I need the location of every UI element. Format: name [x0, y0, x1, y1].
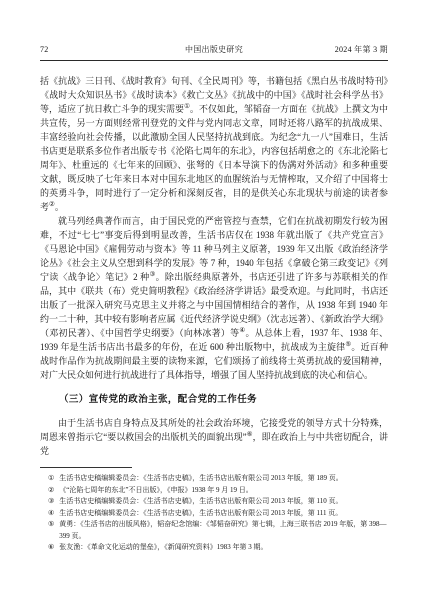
footnote-marker: ⑥ [48, 542, 54, 554]
footnote-list: ①生活书店史稿编辑委员会：《生活书店史稿》，生活书店出版有限公司 2013 年版… [40, 473, 388, 554]
footnote-item: ⑥张友渔：《革命文化运动的堡垒》，《新闻研究资料》1983 年第 3 期。 [40, 542, 388, 554]
journal-page: 72 中国出版史研究 2024 年第 3 期 括《抗战》三日刊、《战时教育》旬刊… [0, 0, 427, 601]
footnotes-section: ①生活书店史稿编辑委员会：《生活书店史稿》，生活书店出版有限公司 2013 年版… [40, 467, 388, 554]
footnote-marker: ② [48, 485, 54, 497]
section-heading: （三）宣传党的政治主张，配合党的工作任务 [40, 393, 388, 407]
footnote-item: ①生活书店史稿编辑委员会：《生活书店史稿》，生活书店出版有限公司 2013 年版… [40, 473, 388, 485]
footnote-text: 张友渔：《革命文化运动的堡垒》，《新闻研究资料》1983 年第 3 期。 [59, 542, 388, 554]
footnote-text: 生活书店史稿编辑委员会：《生活书店史稿》，生活书店出版有限公司 2013 年版，… [59, 508, 388, 520]
paragraph-text: 。不仅如此，邹韬奋一方面在《抗战》上撰文为中共宣传，另一方面则经常刊登党的文件与… [40, 104, 388, 212]
page-header: 72 中国出版史研究 2024 年第 3 期 [40, 44, 388, 61]
footnote-text: 生活书店史稿编辑委员会：《生活书店史稿》，生活书店出版有限公司 2013 年版，… [59, 496, 388, 508]
body-paragraph: 括《抗战》三日刊、《战时教育》旬刊、《全民周刊》等，书籍包括《黑白丛书战时特刊》… [40, 74, 388, 214]
footnote-item: ③生活书店史稿编辑委员会：《生活书店史稿》，生活书店出版有限公司 2013 年版… [40, 496, 388, 508]
footnote-divider [40, 467, 132, 468]
journal-title: 中国出版史研究 [185, 44, 243, 55]
footnote-item: ④生活书店史稿编辑委员会：《生活书店史稿》，生活书店出版有限公司 2013 年版… [40, 508, 388, 520]
footnote-marker: ③ [48, 496, 54, 508]
issue-info: 2024 年第 3 期 [335, 44, 388, 55]
page-number: 72 [40, 45, 49, 54]
footnote-item: ②《“沦陷七周年的东北”不日出版》，《申报》1938 年 9 月 19 日。 [40, 485, 388, 497]
footnote-marker: ⑤ [48, 519, 54, 542]
article-body: 括《抗战》三日刊、《战时教育》旬刊、《全民周刊》等，书籍包括《黑白丛书战时特刊》… [40, 74, 388, 458]
body-paragraph: 由于生活书店自身特点及其所处的社会政治环境，它接受党的领导方式十分特殊，周恩来曾… [40, 416, 388, 458]
body-paragraph: 就马列经典著作而言，由于国民党的严密管控与查禁，它们在抗战初期发行较为困难，不过… [40, 214, 388, 382]
footnote-marker: ④ [48, 508, 54, 520]
paragraph-text: 。 [55, 202, 64, 212]
footnote-text: 黄勇：《生活书店的出版风格》，韬奋纪念馆编：《邹韬奋研究》第七辑，上海三联书店 … [59, 519, 388, 542]
footnote-marker: ① [48, 473, 54, 485]
footnote-item: ⑤黄勇：《生活书店的出版风格》，韬奋纪念馆编：《邹韬奋研究》第七辑，上海三联书店… [40, 519, 388, 542]
footnote-text: 生活书店史稿编辑委员会：《生活书店史稿》，生活书店出版有限公司 2013 年版，… [59, 473, 388, 485]
footnote-text: 《“沦陷七周年的东北”不日出版》，《申报》1938 年 9 月 19 日。 [59, 485, 388, 497]
